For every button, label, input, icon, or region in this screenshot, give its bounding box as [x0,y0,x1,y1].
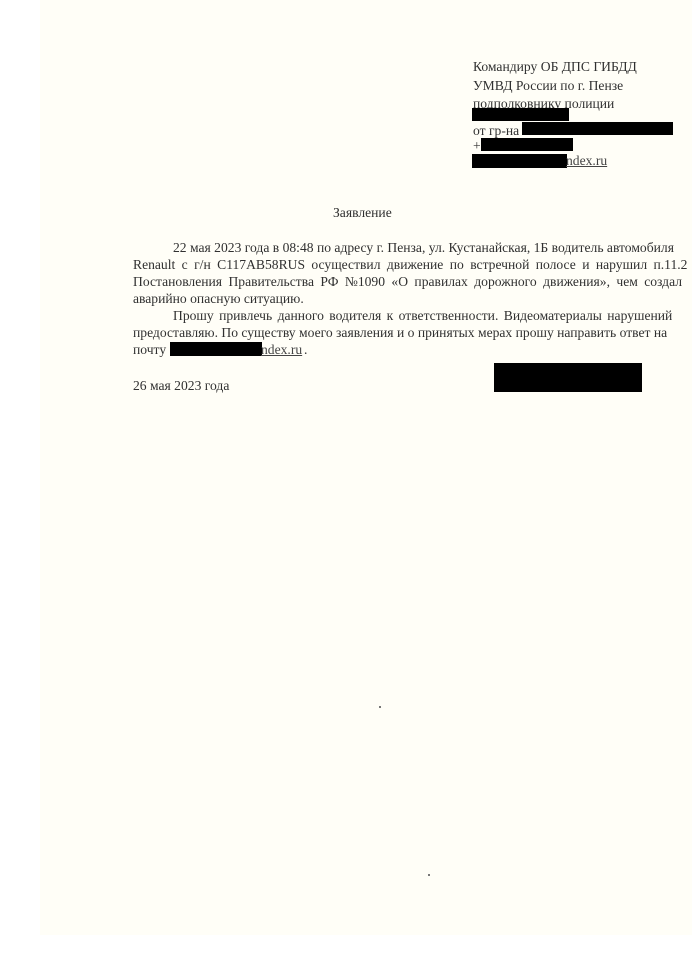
paragraph-2-end: . [304,341,307,358]
email-link-body[interactable]: ndex.ru [261,341,302,358]
document-title: Заявление [333,204,392,221]
redacted-email-body [170,342,262,356]
paragraph-2-line-1: Прошу привлечь данного водителя к ответс… [173,307,693,324]
phone-prefix: + [473,137,481,154]
addressee-line-1: Командиру ОБ ДПС ГИБДД [473,58,637,75]
paragraph-1-line-4: аварийно опасную ситуацию. [133,290,304,307]
paragraph-2-line-2: предоставляю. По существу моего заявлени… [133,324,693,341]
redacted-sender-name [522,122,673,135]
redacted-signature [494,363,642,392]
scan-speck [379,706,381,708]
redacted-email [472,154,567,168]
scan-speck [428,874,430,876]
document-page: Командиру ОБ ДПС ГИБДД УМВД России по г.… [40,0,692,935]
redacted-officer-name [472,108,569,121]
redacted-phone [481,138,573,151]
email-link[interactable]: ndex.ru [566,152,607,169]
paragraph-1-line-1: 22 мая 2023 года в 08:48 по адресу г. Пе… [173,239,693,256]
paragraph-2-email-label: почту [133,341,166,358]
addressee-line-2: УМВД России по г. Пензе [473,77,623,94]
document-date: 26 мая 2023 года [133,377,229,394]
paragraph-1-line-2: Renault с г/н С117АВ58RUS осуществил дви… [133,256,693,273]
paragraph-1-line-3: Постановления Правительства РФ №1090 «О … [133,273,693,290]
